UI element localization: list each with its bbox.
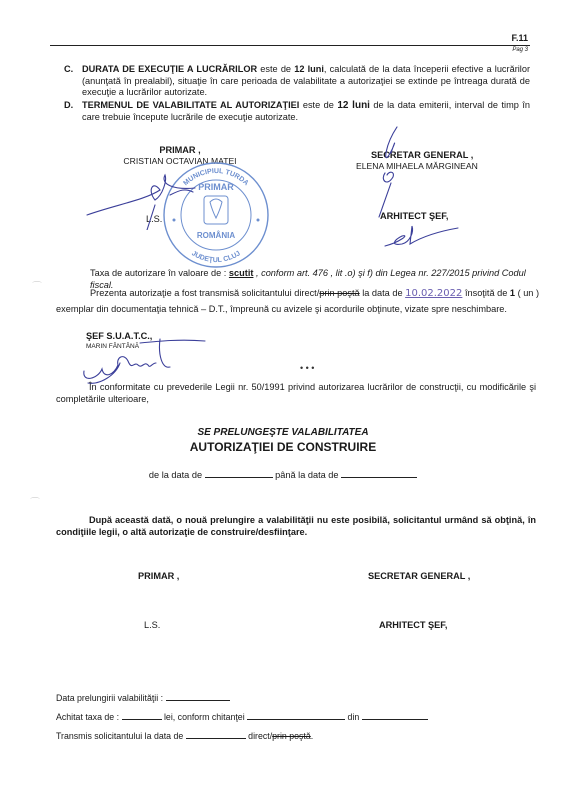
transmission-prefix: Prezenta autorizaţie a fost transmisă so… <box>90 288 319 298</box>
section-c-title: DURATA DE EXECUŢIE A LUCRĂRILOR <box>82 64 257 74</box>
transmission-count-words: ( un ) <box>518 288 539 298</box>
extension-heading-1: SE PRELUNGEŞTE VALABILITATEA <box>0 427 566 438</box>
primar-title: PRIMAR , <box>120 145 240 157</box>
extension-date-row: Data prelungirii valabilităţii : <box>56 691 230 705</box>
from-date-label: de la data de <box>149 470 205 480</box>
section-d-text: este de <box>299 100 337 110</box>
punch-hole-mark: ⌒ <box>32 278 42 293</box>
transmit-end: . <box>311 731 313 741</box>
to-date-field[interactable] <box>341 468 417 478</box>
arhitect-signature-icon <box>380 222 460 252</box>
section-d-title: TERMENUL DE VALABILITATE AL AUTORIZAŢIEI <box>82 100 299 110</box>
after-note: După această dată, o nouă prelungire a v… <box>56 515 536 538</box>
extension-heading-2: AUTORIZAŢIEI DE CONSTRUIRE <box>0 440 566 454</box>
stamp-bottom-text-2: JUDEŢUL CLUJ <box>190 250 242 264</box>
receipt-date-field[interactable] <box>362 710 428 720</box>
stamp-bottom-text: ROMÂNIA <box>197 231 235 240</box>
form-code: F.11 <box>511 33 528 43</box>
section-d-months: 12 luni <box>337 100 370 111</box>
tax-value: scutit <box>229 268 254 278</box>
punch-hole-mark-2: ⌒ <box>30 494 40 509</box>
transmit-struck: prin poştă <box>272 731 311 741</box>
header-rule <box>50 45 530 46</box>
transmission-struck: prin poştă <box>319 288 359 298</box>
secretar-signature-icon <box>375 125 405 220</box>
receipt-date-label: din <box>345 712 362 722</box>
bottom-primar-title: PRIMAR , <box>138 571 179 583</box>
transmission-count: 1 <box>510 288 515 298</box>
fee-amount-field[interactable] <box>122 710 162 720</box>
bottom-secretar-title: SECRETAR GENERAL , <box>368 571 470 583</box>
separator: • • • <box>300 363 314 373</box>
transmit-label: Transmis solicitantului la data de <box>56 731 186 741</box>
section-c-letter: C. <box>64 64 73 76</box>
section-c-text: este de <box>257 64 294 74</box>
transmit-suffix: direct/ <box>246 731 272 741</box>
fee-row: Achitat taxa de : lei, conform chitanţei… <box>56 710 428 724</box>
extension-date-label: Data prelungirii valabilităţii : <box>56 693 166 703</box>
transmission-date: 10.02.2022 <box>405 288 462 299</box>
from-date-field[interactable] <box>205 468 273 478</box>
tax-prefix: Taxa de autorizare în valoare de : <box>90 268 229 278</box>
extension-date-field[interactable] <box>166 691 230 701</box>
bottom-arhitect-title: ARHITECT ŞEF, <box>379 620 447 632</box>
law-paragraph: În conformitate cu prevederile Legii nr.… <box>56 382 536 405</box>
section-d-letter: D. <box>64 100 73 112</box>
transmission-line-2: exemplar din documentaţia tehnică – D.T.… <box>56 304 546 316</box>
extension-dates: de la data de până la data de <box>0 468 566 482</box>
transmission-after-date: însoţită de <box>462 288 510 298</box>
transmission-line: Prezenta autorizaţie a fost transmisă so… <box>90 288 550 300</box>
bottom-ls-label: L.S. <box>144 620 160 632</box>
receipt-number-field[interactable] <box>247 710 345 720</box>
fee-unit-label: lei, conform chitanţei <box>162 712 248 722</box>
section-d: D. TERMENUL DE VALABILITATE AL AUTORIZAŢ… <box>64 100 530 123</box>
page-number: Pag 3 <box>512 47 528 53</box>
fee-label: Achitat taxa de : <box>56 712 122 722</box>
to-date-label: până la data de <box>273 470 341 480</box>
primar-signature-icon <box>85 160 205 230</box>
transmit-date-field[interactable] <box>186 729 246 739</box>
svg-text:JUDEŢUL CLUJ: JUDEŢUL CLUJ <box>190 250 242 264</box>
transmission-middle: la data de <box>360 288 405 298</box>
section-c: C. DURATA DE EXECUŢIE A LUCRĂRILOR este … <box>64 64 530 99</box>
section-c-months: 12 luni <box>294 64 324 74</box>
transmit-row: Transmis solicitantului la data de direc… <box>56 729 313 743</box>
